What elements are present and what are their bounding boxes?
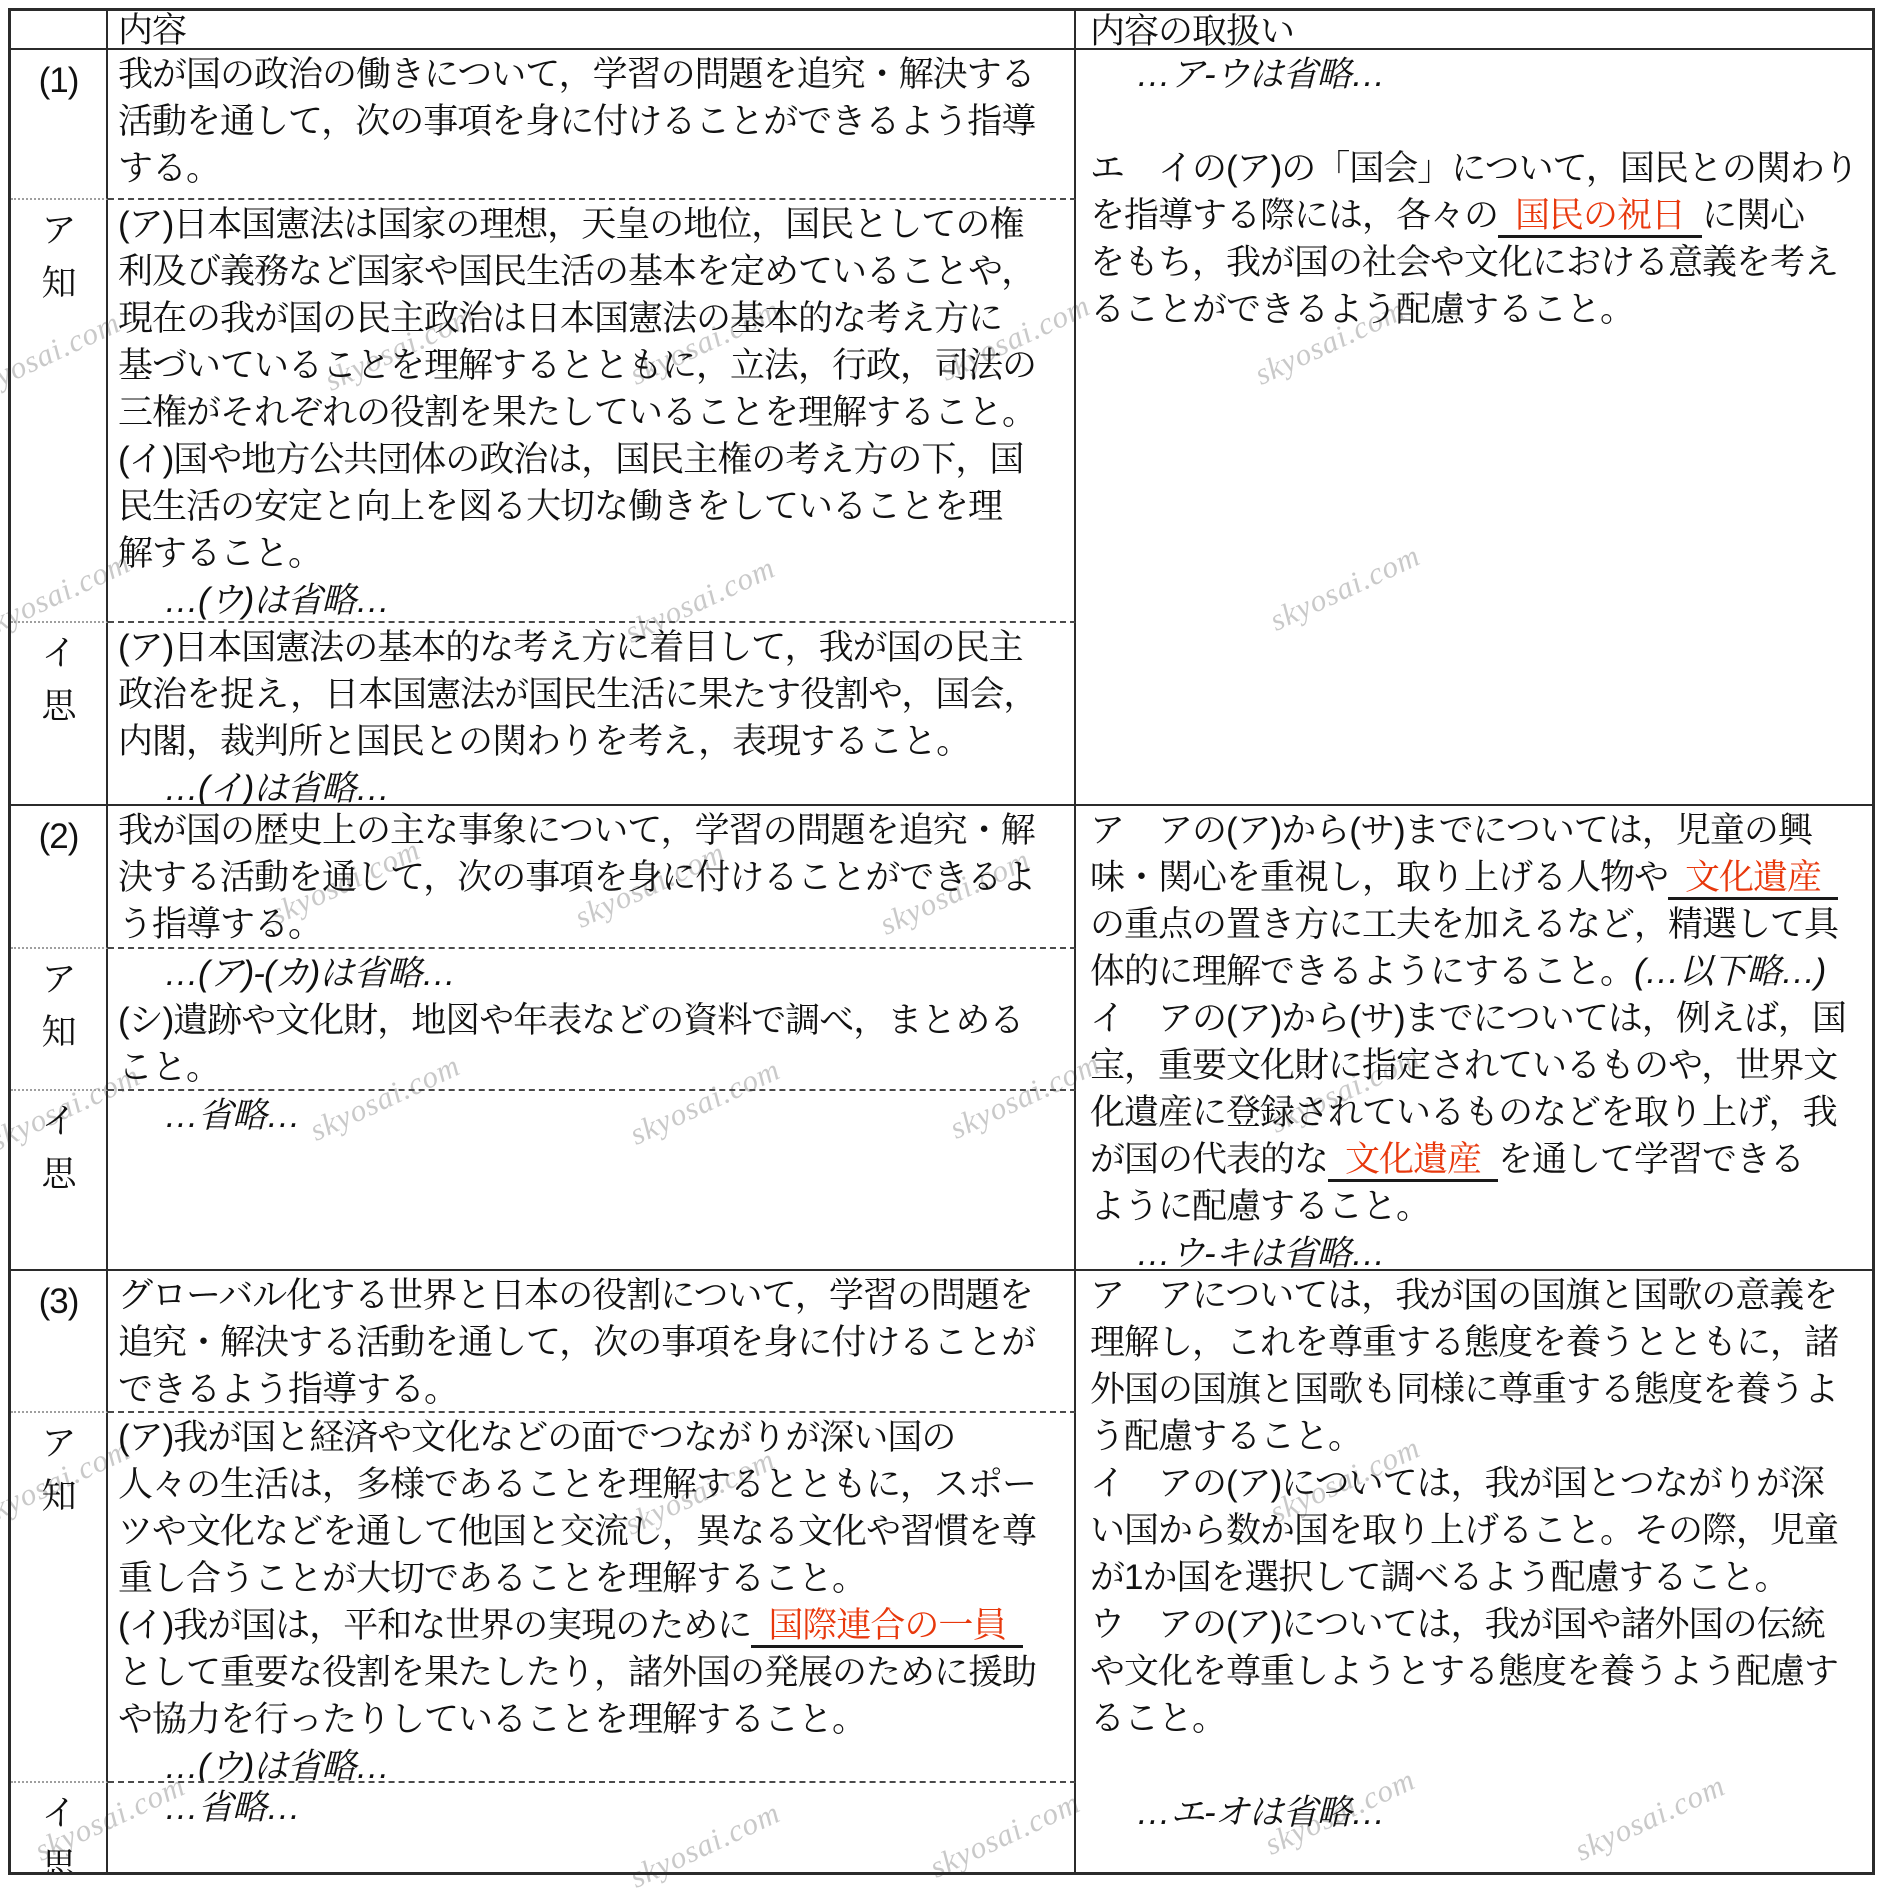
text-line: イ アの(ア)については，我が国とつながりが深 <box>1090 1460 1862 1507</box>
content-thinking-cell: …省略… <box>108 1091 1076 1271</box>
document-page: skyosai.comskyosai.comskyosai.comskyosai… <box>0 0 1900 1891</box>
text-line: …エ-オは省略… <box>1090 1789 1862 1836</box>
text-line: ツや文化などを通して他国と交流し，異なる文化や習慣を尊 <box>118 1508 1066 1555</box>
text-line: 三権がそれぞれの役割を果たしていることを理解すること。 <box>118 389 1066 436</box>
text-line: 知 <box>11 257 106 310</box>
text-line: 我が国の歴史上の主な事象について，学習の問題を追究・解 <box>118 807 1066 854</box>
text-line: 化遺産に登録されているものなどを取り上げ，我 <box>1090 1089 1862 1136</box>
text-line <box>1090 1742 1862 1789</box>
text-line: 思 <box>11 1840 106 1872</box>
text-line: い国から数か国を取り上げること。その際，児童 <box>1090 1507 1862 1554</box>
text-line: エ イの(ア)の「国会」について，国民との関わり <box>1090 145 1862 192</box>
handling-cell: ア アについては，我が国の国旗と国歌の意義を理解し，これを尊重する態度を養うとと… <box>1076 1271 1872 1872</box>
text-line: 知 <box>11 1006 106 1059</box>
text-line: 思 <box>11 680 106 733</box>
text-line: できるよう指導する。 <box>118 1366 1066 1413</box>
text-line: ウ アの(ア)については，我が国や諸外国の伝統 <box>1090 1601 1862 1648</box>
handling-cell: ア アの(ア)から(サ)までについては，児童の興味・関心を重視し，取り上げる人物… <box>1076 806 1872 1271</box>
text-line: 内閣，裁判所と国民との関わりを考え，表現すること。 <box>118 718 1066 765</box>
section-number: (3) <box>11 1271 108 1413</box>
text-line: 民生活の安定と向上を図る大切な働きをしていることを理 <box>118 483 1066 530</box>
text-line <box>1090 98 1862 145</box>
text-line: 現在の我が国の民主政治は日本国憲法の基本的な考え方に <box>118 295 1066 342</box>
text-line: …(ア)-(カ)は省略… <box>118 950 1066 997</box>
text-line: ア <box>11 953 106 1006</box>
text-line: 思 <box>11 1148 106 1201</box>
red-underline-term: 国民の祝日 <box>1498 196 1702 238</box>
text-line: (2) <box>11 810 106 863</box>
text-line: …省略… <box>118 1092 1066 1139</box>
text-line: …(ウ)は省略… <box>118 577 1066 623</box>
text-line: …(ウ)は省略… <box>118 1743 1066 1783</box>
text-line: 利及び義務など国家や国民生活の基本を定めていることや， <box>118 248 1066 295</box>
content-intro-cell: 我が国の歴史上の主な事象について，学習の問題を追究・解決する活動を通して，次の事… <box>108 806 1076 949</box>
text-line: …(イ)は省略… <box>118 765 1066 806</box>
text-line: 活動を通して，次の事項を身に付けることができるよう指導 <box>118 98 1066 145</box>
content-intro-cell: グローバル化する世界と日本の役割について，学習の問題を追究・解決する活動を通して… <box>108 1271 1076 1413</box>
thinking-label: イ思 <box>11 1783 108 1872</box>
text-line: 味・関心を重視し，取り上げる人物や文化遺産 <box>1090 854 1862 901</box>
text-line: (イ)国や地方公共団体の政治は，国民主権の考え方の下，国 <box>118 436 1066 483</box>
text-line: 体的に理解できるようにすること。(…以下略…) <box>1090 948 1862 995</box>
text-line: (ア)日本国憲法は国家の理想，天皇の地位，国民としての権 <box>118 201 1066 248</box>
content-knowledge-cell: …(ア)-(カ)は省略…(シ)遺跡や文化財，地図や年表などの資料で調べ，まとめる… <box>108 949 1076 1091</box>
section-number: (2) <box>11 806 108 949</box>
text-line: 外国の国旗と国歌も同様に尊重する態度を養うよ <box>1090 1366 1862 1413</box>
text-line: 解すること。 <box>118 530 1066 577</box>
text-line: ることができるよう配慮すること。 <box>1090 286 1862 333</box>
text-line: 決する活動を通して，次の事項を身に付けることができるよ <box>118 854 1066 901</box>
text-line: ように配慮すること。 <box>1090 1183 1862 1230</box>
text-line: …ア-ウは省略… <box>1090 51 1862 98</box>
content-knowledge-cell: (ア)日本国憲法は国家の理想，天皇の地位，国民としての権利及び義務など国家や国民… <box>108 200 1076 623</box>
text-line: や協力を行ったりしていることを理解すること。 <box>118 1696 1066 1743</box>
text-line: (シ)遺跡や文化財，地図や年表などの資料で調べ，まとめる <box>118 997 1066 1044</box>
red-underline-term: 文化遺産 <box>1328 1140 1498 1182</box>
text-line: ア アの(ア)から(サ)までについては，児童の興 <box>1090 807 1862 854</box>
text-line: イ <box>11 1095 106 1148</box>
text-line: する。 <box>118 145 1066 192</box>
text-line: や文化を尊重しようとする態度を養うよう配慮す <box>1090 1648 1862 1695</box>
text-line: ア <box>11 1417 106 1470</box>
text-line: (3) <box>11 1275 106 1328</box>
text-line: を指導する際には，各々の国民の祝日に関心 <box>1090 192 1862 239</box>
text-line: 重し合うことが大切であることを理解すること。 <box>118 1555 1066 1602</box>
red-underline-term: 文化遺産 <box>1668 858 1838 900</box>
content-intro-cell: 我が国の政治の働きについて，学習の問題を追究・解決する活動を通して，次の事項を身… <box>108 50 1076 200</box>
handling-cell: …ア-ウは省略… エ イの(ア)の「国会」について，国民との関わりを指導する際に… <box>1076 50 1872 806</box>
curriculum-table: 内容 内容の取扱い (1) 我が国の政治の働きについて，学習の問題を追究・解決す… <box>8 8 1875 1875</box>
text-line: 基づいていることを理解するとともに，立法，行政，司法の <box>118 342 1066 389</box>
text-line: 追究・解決する活動を通して，次の事項を身に付けることが <box>118 1319 1066 1366</box>
text-line: イ アの(ア)から(サ)までについては，例えば，国 <box>1090 995 1862 1042</box>
text-line: ること。 <box>1090 1695 1862 1742</box>
text-line: 我が国の政治の働きについて，学習の問題を追究・解決する <box>118 51 1066 98</box>
content-thinking-cell: (ア)日本国憲法の基本的な考え方に着目して，我が国の民主政治を捉え，日本国憲法が… <box>108 623 1076 806</box>
text-line: が国の代表的な文化遺産を通して学習できる <box>1090 1136 1862 1183</box>
text-line: (ア)我が国と経済や文化などの面でつながりが深い国の <box>118 1414 1066 1461</box>
text-line: …省略… <box>118 1784 1066 1831</box>
text-line: 宝，重要文化財に指定されているものや，世界文 <box>1090 1042 1862 1089</box>
section-number: (1) <box>11 50 108 200</box>
text-line: をもち，我が国の社会や文化における意義を考え <box>1090 239 1862 286</box>
header-content-column: 内容 <box>108 11 1076 50</box>
knowledge-label: ア知 <box>11 949 108 1091</box>
text-line: ア <box>11 204 106 257</box>
text-line: 知 <box>11 1470 106 1523</box>
text-line: (ア)日本国憲法の基本的な考え方に着目して，我が国の民主 <box>118 624 1066 671</box>
knowledge-label: ア知 <box>11 1413 108 1783</box>
text-line: …ウ-キは省略… <box>1090 1230 1862 1271</box>
text-line: こと。 <box>118 1044 1066 1091</box>
text-line: 人々の生活は，多様であることを理解するとともに，スポー <box>118 1461 1066 1508</box>
text-line: う指導する。 <box>118 901 1066 948</box>
text-line: ア アについては，我が国の国旗と国歌の意義を <box>1090 1272 1862 1319</box>
text-line: (イ)我が国は，平和な世界の実現のために国際連合の一員 <box>118 1602 1066 1649</box>
text-line: イ <box>11 1787 106 1840</box>
text-line: (1) <box>11 54 106 107</box>
header-empty-cell <box>11 11 108 50</box>
red-underline-term: 国際連合の一員 <box>751 1606 1023 1648</box>
knowledge-label: ア知 <box>11 200 108 623</box>
thinking-label: イ思 <box>11 1091 108 1271</box>
thinking-label: イ思 <box>11 623 108 806</box>
header-handling-column: 内容の取扱い <box>1076 11 1872 50</box>
text-line: イ <box>11 627 106 680</box>
text-line: 政治を捉え，日本国憲法が国民生活に果たす役割や，国会， <box>118 671 1066 718</box>
text-line: として重要な役割を果たしたり，諸外国の発展のために援助 <box>118 1649 1066 1696</box>
text-line: う配慮すること。 <box>1090 1413 1862 1460</box>
content-thinking-cell: …省略… <box>108 1783 1076 1872</box>
text-line: 理解し，これを尊重する態度を養うとともに，諸 <box>1090 1319 1862 1366</box>
text-line: グローバル化する世界と日本の役割について，学習の問題を <box>118 1272 1066 1319</box>
text-line: が1か国を選択して調べるよう配慮すること。 <box>1090 1554 1862 1601</box>
content-knowledge-cell: (ア)我が国と経済や文化などの面でつながりが深い国の人々の生活は，多様であること… <box>108 1413 1076 1783</box>
text-line: の重点の置き方に工夫を加えるなど，精選して具 <box>1090 901 1862 948</box>
